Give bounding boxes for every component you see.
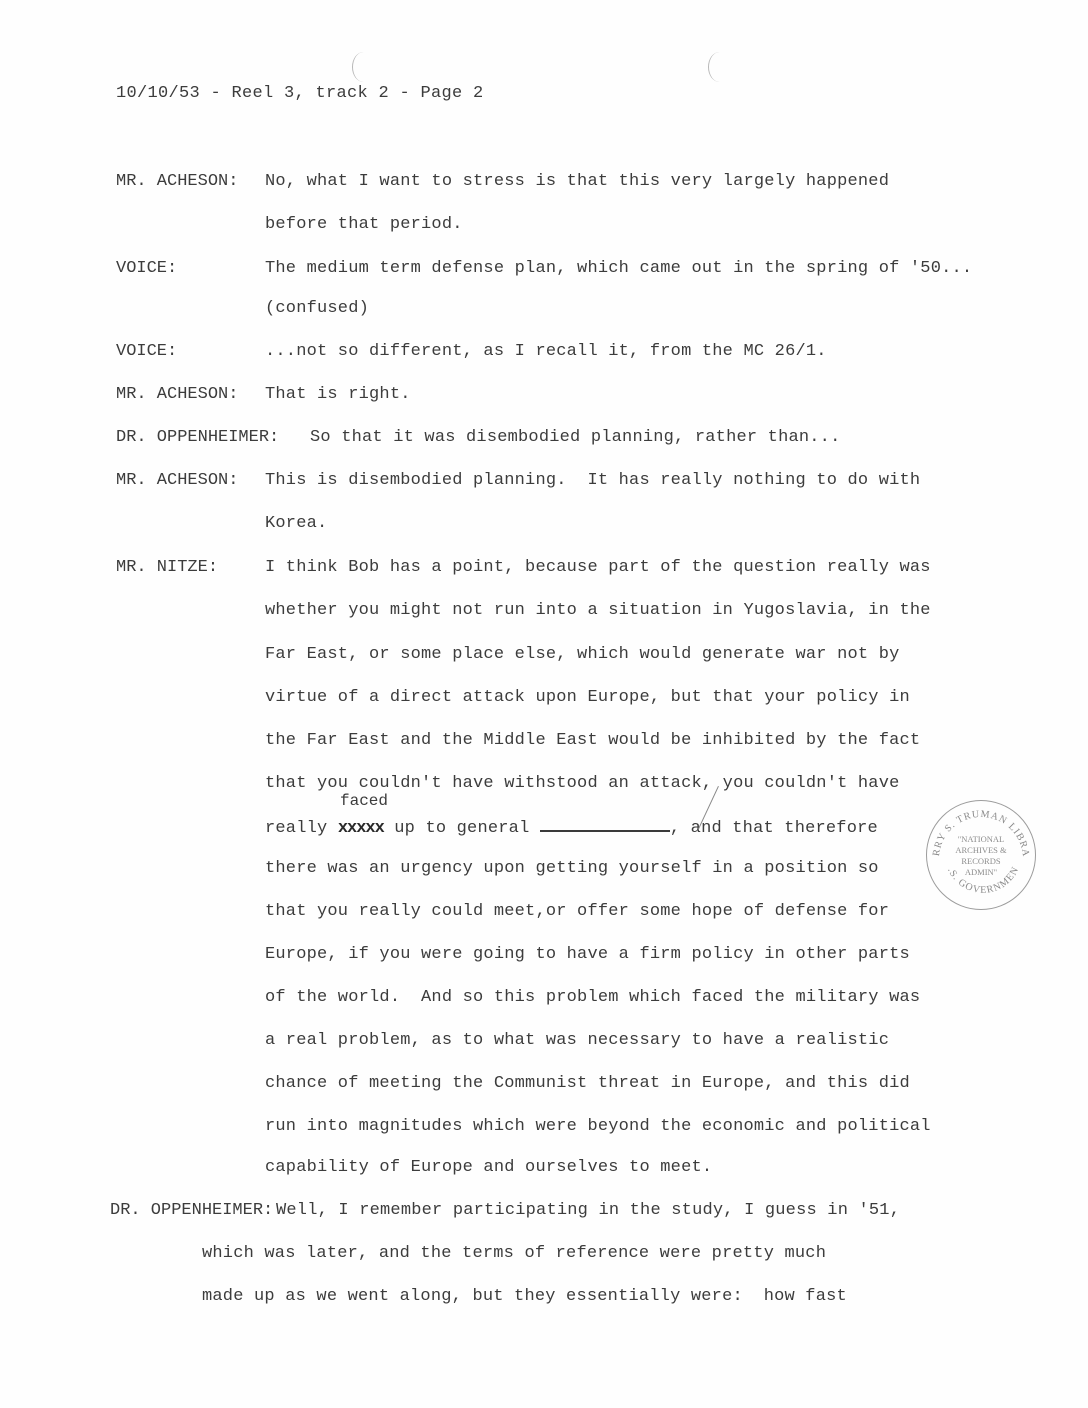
dialogue-line: that you really could meet,or offer some… <box>265 902 889 921</box>
dialogue-line: the Far East and the Middle East would b… <box>265 731 920 750</box>
stamp-line: ARCHIVES & <box>927 845 1035 856</box>
speaker-label: VOICE: <box>116 259 177 278</box>
dialogue-line: Far East, or some place else, which woul… <box>265 645 900 664</box>
blank-underline <box>540 816 670 832</box>
dialogue-line: that you couldn't have withstood an atta… <box>265 774 900 793</box>
speaker-label: VOICE: <box>116 342 177 361</box>
dialogue-line: (confused) <box>265 299 369 318</box>
dialogue-line: there was an urgency upon getting yourse… <box>265 859 879 878</box>
speaker-label: MR. ACHESON: <box>116 471 238 490</box>
dialogue-line: Europe, if you were going to have a firm… <box>265 945 910 964</box>
dialogue-line: chance of meeting the Communist threat i… <box>265 1074 910 1093</box>
stamp-line: "NATIONAL <box>927 834 1035 845</box>
document-page: 10/10/53 - Reel 3, track 2 - Page 2 MR. … <box>0 0 1088 1408</box>
dialogue-text: up to general <box>384 819 540 838</box>
punch-hole-mark <box>352 52 375 82</box>
dialogue-line: run into magnitudes which were beyond th… <box>265 1117 931 1136</box>
dialogue-line: I think Bob has a point, because part of… <box>265 558 931 577</box>
dialogue-line: which was later, and the terms of refere… <box>202 1244 826 1263</box>
dialogue-line: So that it was disembodied planning, rat… <box>310 428 841 447</box>
dialogue-line: a real problem, as to what was necessary… <box>265 1031 889 1050</box>
stamp-line: RECORDS <box>927 856 1035 867</box>
dialogue-line: capability of Europe and ourselves to me… <box>265 1158 712 1177</box>
stamp-center-text: "NATIONAL ARCHIVES & RECORDS ADMIN" <box>927 834 1035 878</box>
dialogue-line: This is disembodied planning. It has rea… <box>265 471 920 490</box>
dialogue-line: before that period. <box>265 215 463 234</box>
dialogue-line: of the world. And so this problem which … <box>265 988 920 1007</box>
handwritten-insertion: faced <box>340 792 388 810</box>
speaker-label: MR. NITZE: <box>116 558 218 577</box>
speaker-label: MR. ACHESON: <box>116 172 238 191</box>
dialogue-line: No, what I want to stress is that this v… <box>265 172 889 191</box>
speaker-label: DR. OPPENHEIMER: <box>110 1201 273 1220</box>
dialogue-line-corrected: really xxxxx up to general , and that th… <box>265 816 878 838</box>
dialogue-line: ...not so different, as I recall it, fro… <box>265 342 827 361</box>
speaker-label: DR. OPPENHEIMER: <box>116 428 279 447</box>
speaker-label: MR. ACHESON: <box>116 385 238 404</box>
struck-out-word: xxxxx <box>338 819 384 838</box>
punch-hole-mark <box>708 52 731 82</box>
page-header: 10/10/53 - Reel 3, track 2 - Page 2 <box>116 84 484 103</box>
dialogue-line: The medium term defense plan, which came… <box>265 259 972 278</box>
dialogue-text: really <box>265 819 327 838</box>
dialogue-line: Well, I remember participating in the st… <box>276 1201 900 1220</box>
dialogue-line: Korea. <box>265 514 327 533</box>
stamp-line: ADMIN" <box>927 867 1035 878</box>
dialogue-line: whether you might not run into a situati… <box>265 601 931 620</box>
dialogue-line: That is right. <box>265 385 411 404</box>
dialogue-line: made up as we went along, but they essen… <box>202 1287 847 1306</box>
library-stamp: HARRY S. TRUMAN LIBRARY U.S. GOVERNMENT … <box>926 800 1036 910</box>
dialogue-line: virtue of a direct attack upon Europe, b… <box>265 688 910 707</box>
